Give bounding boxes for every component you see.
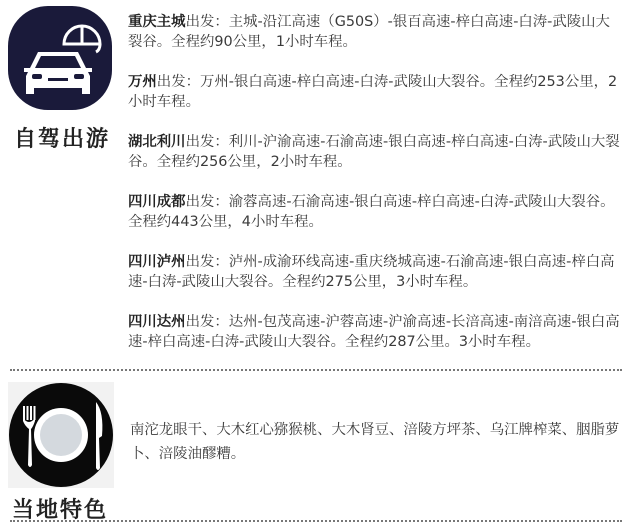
- route-suffix: 出发：: [186, 314, 229, 330]
- route-item: 四川达州出发：达州-包茂高速-沪蓉高速-沪渝高速-长涪高速-南涪高速-银白高速-…: [128, 312, 624, 352]
- route-item: 湖北利川出发：利川-沪渝高速-石渝高速-银白高速-梓白高速-白涛-武陵山大裂谷。…: [128, 132, 624, 172]
- divider: [10, 369, 622, 371]
- route-suffix: 出发：: [186, 254, 229, 270]
- divider: [10, 520, 622, 522]
- route-item: 四川成都出发：渝蓉高速-石渝高速-银白高速-梓白高速-白涛-武陵山大裂谷。全程约…: [128, 192, 624, 232]
- route-item: 万州出发：万州-银白高速-梓白高速-白涛-武陵山大裂谷。全程约253公里，2小时…: [128, 72, 624, 112]
- route-origin: 湖北利川: [128, 134, 186, 150]
- plate-fork-knife-icon: [8, 382, 114, 488]
- route-origin: 四川达州: [128, 314, 186, 330]
- route-list: 重庆主城出发：主城-沿江高速（G50S）-银百高速-梓白高速-白涛-武陵山大裂谷…: [128, 12, 624, 372]
- route-item: 四川泸州出发：泸州-成渝环线高速-重庆绕城高速-石渝高速-银白高速-梓白高速-白…: [128, 252, 624, 292]
- car-umbrella-icon: [8, 6, 112, 110]
- self-drive-heading: 自驾出游: [14, 122, 110, 153]
- route-origin: 四川成都: [128, 194, 186, 210]
- specialties-text: 南沱龙眼干、大木红心猕猴桃、大木肾豆、涪陵方坪茶、乌江牌榨菜、胭脂萝卜、涪陵油醪…: [130, 418, 626, 466]
- route-suffix: 出发：: [186, 134, 229, 150]
- route-item: 重庆主城出发：主城-沿江高速（G50S）-银百高速-梓白高速-白涛-武陵山大裂谷…: [128, 12, 624, 52]
- route-origin: 万州: [128, 74, 157, 90]
- route-suffix: 出发：: [186, 14, 229, 30]
- route-origin: 重庆主城: [128, 14, 186, 30]
- route-suffix: 出发：: [186, 194, 229, 210]
- route-origin: 四川泸州: [128, 254, 186, 270]
- route-suffix: 出发：: [157, 74, 200, 90]
- route-text: 万州-银白高速-梓白高速-白涛-武陵山大裂谷。全程约253公里，2小时车程。: [128, 74, 617, 110]
